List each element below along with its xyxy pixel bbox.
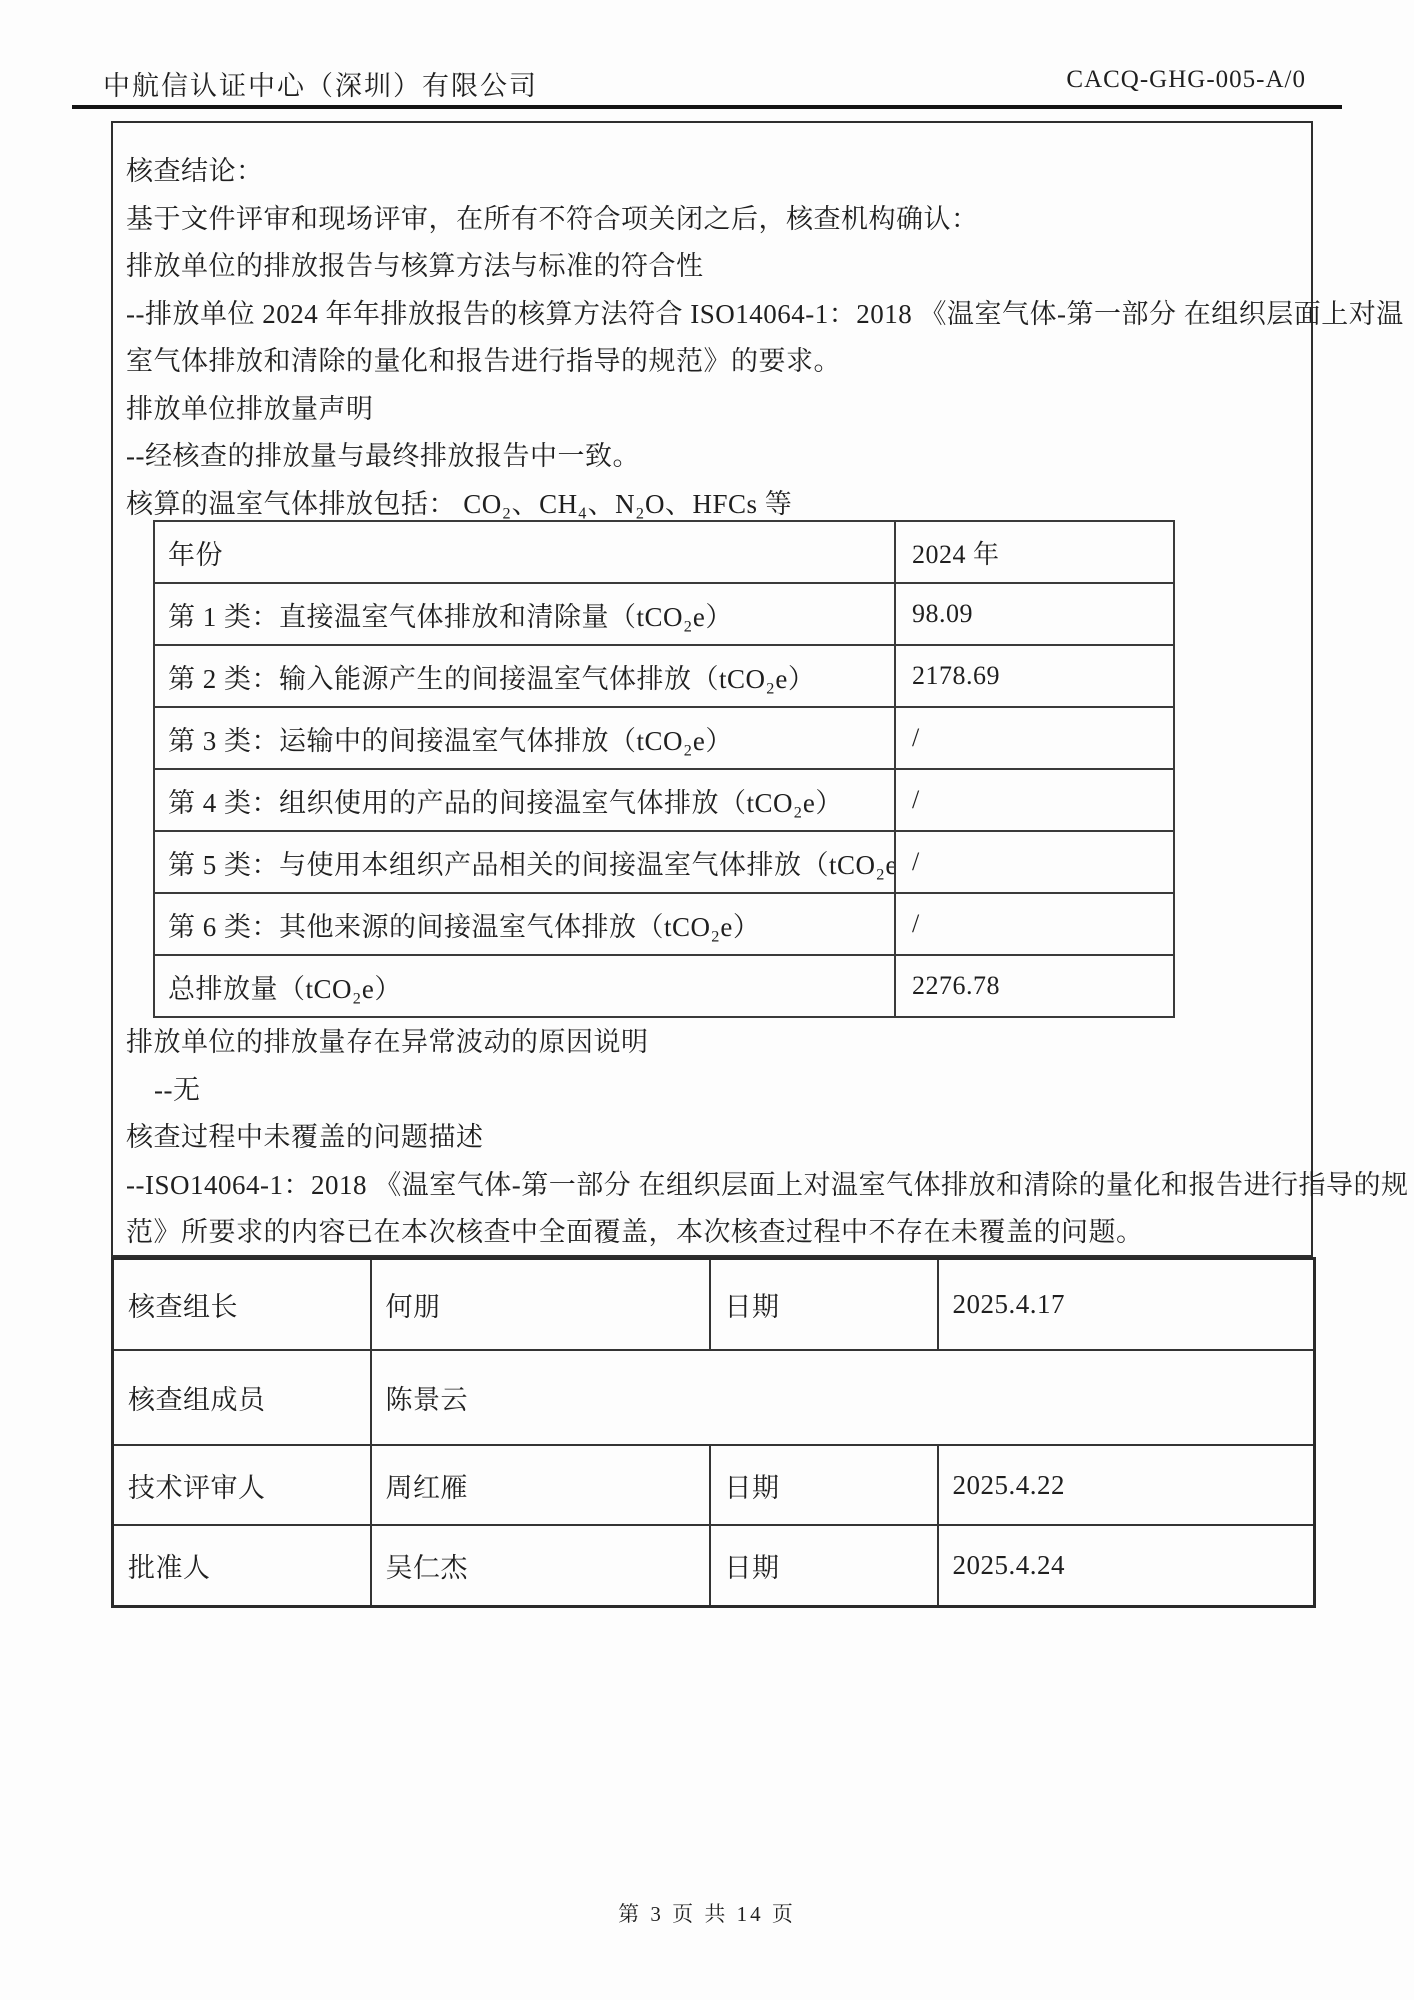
row-label: 第 1 类：直接温室气体排放和清除量（tCO₂e） <box>154 583 895 645</box>
table-row: 技术评审人 周红雁 日期 2025.4.22 <box>113 1445 1315 1525</box>
table-row: 第 6 类：其他来源的间接温室气体排放（tCO₂e） / <box>154 893 1174 955</box>
conclusion-line: --排放单位 2024 年年排放报告的核算方法符合 ISO14064-1：201… <box>126 288 1307 336</box>
table-row: 核查组长 何朋 日期 2025.4.17 <box>113 1259 1315 1351</box>
conclusion-line: 排放单位排放量声明 <box>126 383 1307 431</box>
row-label: 第 4 类：组织使用的产品的间接温室气体排放（tCO₂e） <box>154 769 895 831</box>
conclusion-line: --经核查的排放量与最终排放报告中一致。 <box>126 430 1307 478</box>
table-row: 第 1 类：直接温室气体排放和清除量（tCO₂e） 98.09 <box>154 583 1174 645</box>
document-page: 中航信认证中心（深圳）有限公司 CACQ-GHG-005-A/0 核查结论： 基… <box>0 0 1414 2000</box>
row-value: / <box>895 707 1174 769</box>
conclusion-line: 室气体排放和清除的量化和报告进行指导的规范》的要求。 <box>126 335 1307 383</box>
header-company: 中航信认证中心（深圳）有限公司 <box>103 64 538 103</box>
sig-date-value: 2025.4.22 <box>938 1445 1315 1525</box>
emissions-table-wrap: 年份 2024 年 第 1 类：直接温室气体排放和清除量（tCO₂e） 98.0… <box>153 520 1175 1018</box>
table-row: 第 4 类：组织使用的产品的间接温室气体排放（tCO₂e） / <box>154 769 1174 831</box>
sig-date-label: 日期 <box>710 1445 938 1525</box>
conclusion-paragraphs: 核查结论： 基于文件评审和现场评审，在所有不符合项关闭之后，核查机构确认： 排放… <box>126 145 1307 525</box>
row-value: / <box>895 769 1174 831</box>
note-line: --ISO14064-1：2018 《温室气体-第一部分 在组织层面上对温室气体… <box>126 1159 1307 1207</box>
row-label: 年份 <box>154 521 895 583</box>
note-line: 排放单位的排放量存在异常波动的原因说明 <box>126 1016 1307 1064</box>
conclusion-line: 排放单位的排放报告与核算方法与标准的符合性 <box>126 240 1307 288</box>
sig-date-value: 2025.4.24 <box>938 1525 1315 1607</box>
row-label: 总排放量（tCO₂e） <box>154 955 895 1017</box>
sig-name: 吴仁杰 <box>371 1525 710 1607</box>
sig-role: 批准人 <box>113 1525 371 1607</box>
table-row: 第 3 类：运输中的间接温室气体排放（tCO₂e） / <box>154 707 1174 769</box>
sig-date-label: 日期 <box>710 1259 938 1351</box>
sig-role: 核查组长 <box>113 1259 371 1351</box>
table-row: 核查组成员 陈景云 <box>113 1350 1315 1445</box>
row-label: 第 2 类：输入能源产生的间接温室气体排放（tCO₂e） <box>154 645 895 707</box>
notes-paragraphs: 排放单位的排放量存在异常波动的原因说明 --无 核查过程中未覆盖的问题描述 --… <box>126 1016 1307 1254</box>
note-line: 核查过程中未覆盖的问题描述 <box>126 1111 1307 1159</box>
header-doc-code: CACQ-GHG-005-A/0 <box>1066 66 1306 94</box>
table-row: 年份 2024 年 <box>154 521 1174 583</box>
sig-date-value: 2025.4.17 <box>938 1259 1315 1351</box>
table-row: 第 2 类：输入能源产生的间接温室气体排放（tCO₂e） 2178.69 <box>154 645 1174 707</box>
sig-name: 周红雁 <box>371 1445 710 1525</box>
sig-role: 技术评审人 <box>113 1445 371 1525</box>
verification-conclusion-box: 核查结论： 基于文件评审和现场评审，在所有不符合项关闭之后，核查机构确认： 排放… <box>111 121 1313 1257</box>
row-value: 2276.78 <box>895 955 1174 1017</box>
sig-name: 陈景云 <box>371 1350 1315 1445</box>
conclusion-line: 基于文件评审和现场评审，在所有不符合项关闭之后，核查机构确认： <box>126 193 1307 241</box>
note-line: 范》所要求的内容已在本次核查中全面覆盖，本次核查过程中不存在未覆盖的问题。 <box>126 1206 1307 1254</box>
signature-table: 核查组长 何朋 日期 2025.4.17 核查组成员 陈景云 技术评审人 周红雁… <box>111 1257 1316 1608</box>
row-label: 第 6 类：其他来源的间接温室气体排放（tCO₂e） <box>154 893 895 955</box>
note-line: --无 <box>126 1064 1307 1112</box>
row-value: 2178.69 <box>895 645 1174 707</box>
page-footer: 第 3 页 共 14 页 <box>0 1898 1414 1928</box>
row-label: 第 5 类：与使用本组织产品相关的间接温室气体排放（tCO₂e） <box>154 831 895 893</box>
row-value: / <box>895 831 1174 893</box>
sig-role: 核查组成员 <box>113 1350 371 1445</box>
conclusion-line: 核查结论： <box>126 145 1307 193</box>
row-value: 2024 年 <box>895 521 1174 583</box>
conclusion-line: 核算的温室气体排放包括： CO₂、CH₄、N₂O、HFCs 等 <box>126 478 1307 526</box>
table-row: 总排放量（tCO₂e） 2276.78 <box>154 955 1174 1017</box>
table-row: 第 5 类：与使用本组织产品相关的间接温室气体排放（tCO₂e） / <box>154 831 1174 893</box>
table-row: 批准人 吴仁杰 日期 2025.4.24 <box>113 1525 1315 1607</box>
emissions-table: 年份 2024 年 第 1 类：直接温室气体排放和清除量（tCO₂e） 98.0… <box>153 520 1175 1018</box>
sig-name: 何朋 <box>371 1259 710 1351</box>
row-value: / <box>895 893 1174 955</box>
row-label: 第 3 类：运输中的间接温室气体排放（tCO₂e） <box>154 707 895 769</box>
header-rule <box>72 105 1342 109</box>
sig-date-label: 日期 <box>710 1525 938 1607</box>
row-value: 98.09 <box>895 583 1174 645</box>
